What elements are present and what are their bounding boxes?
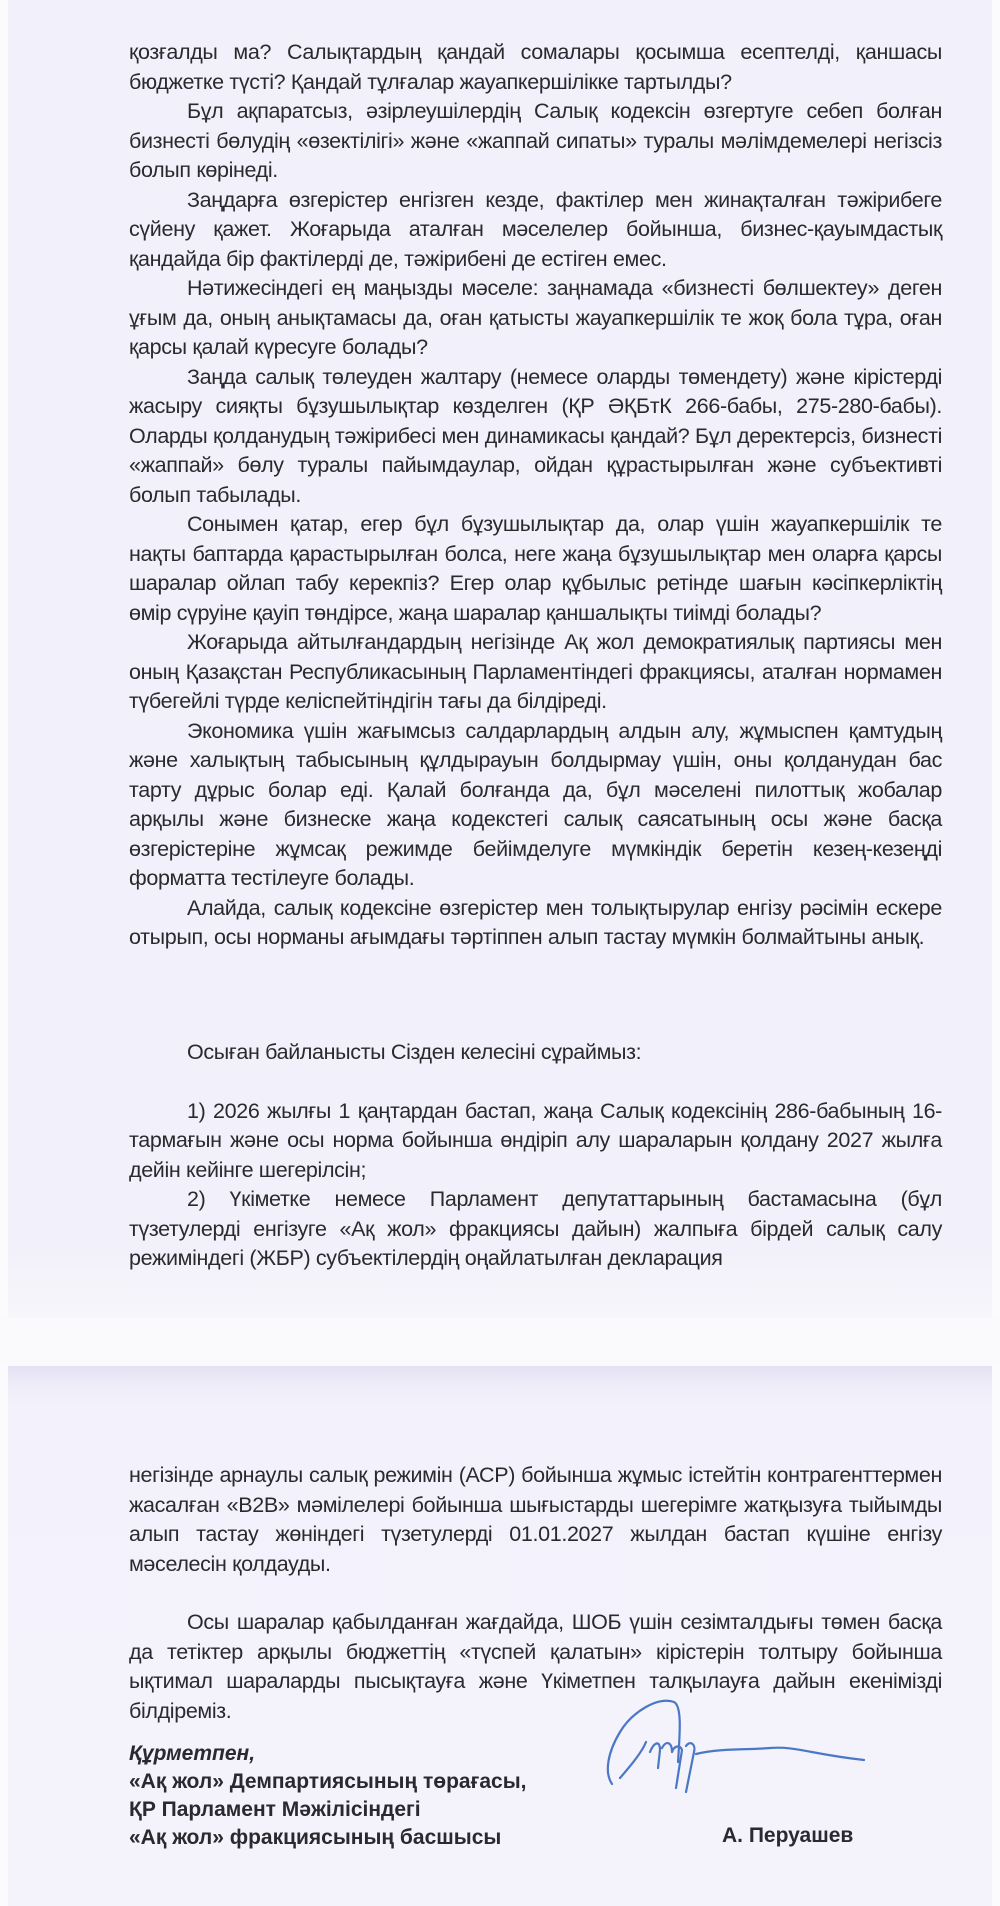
paragraph: Бұл ақпаратсыз, әзірлеушілердің Салық ко…: [129, 97, 942, 186]
paragraph: қозғалды ма? Салықтардың қандай сомалары…: [129, 38, 942, 97]
page-2-body: негізінде арнаулы салық режимін (АСР) бо…: [129, 1461, 942, 1726]
spacer: [129, 1068, 942, 1097]
spacer: [129, 1579, 942, 1608]
paragraph: Экономика үшін жағымсыз салдарлардың алд…: [129, 717, 942, 894]
paragraph: Заңда салық төлеуден жалтару (немесе ола…: [129, 363, 942, 511]
request-intro: Осыған байланысты Сізден келесіні сұрайм…: [129, 1038, 942, 1068]
page-1-body: қозғалды ма? Салықтардың қандай сомалары…: [129, 38, 942, 953]
closing-block: Құрметпен, «Ақ жол» Демпартиясының төрағ…: [129, 1740, 526, 1852]
request-item: 1) 2026 жылғы 1 қаңтардан бастап, жаңа С…: [129, 1097, 942, 1186]
request-section: Осыған байланысты Сізден келесіні сұрайм…: [129, 1038, 942, 1274]
paragraph: Алайда, салық кодексіне өзгерістер мен т…: [129, 894, 942, 953]
signer-title-line: «Ақ жол» фракциясының басшысы: [129, 1824, 526, 1852]
page-gap: [0, 1318, 1000, 1366]
request-item: 2) Үкіметке немесе Парламент депутаттары…: [129, 1185, 942, 1274]
paragraph: Сонымен қатар, егер бұл бұзушылықтар да,…: [129, 510, 942, 628]
paragraph: Нәтижесіндегі ең маңызды мәселе: заңнама…: [129, 274, 942, 363]
signer-title-line: ҚР Парламент Мәжілісіндегі: [129, 1796, 526, 1824]
continuation-paragraph: негізінде арнаулы салық режимін (АСР) бо…: [129, 1461, 942, 1579]
signer-name: А. Перуашев: [722, 1824, 853, 1848]
closing-regards: Құрметпен,: [129, 1740, 526, 1768]
handwritten-signature-icon: [600, 1692, 880, 1802]
signer-title-line: «Ақ жол» Демпартиясының төрағасы,: [129, 1768, 526, 1796]
paragraph: Жоғарыда айтылғандардың негізінде Ақ жол…: [129, 628, 942, 717]
paragraph: Заңдарға өзгерістер енгізген кезде, факт…: [129, 186, 942, 275]
